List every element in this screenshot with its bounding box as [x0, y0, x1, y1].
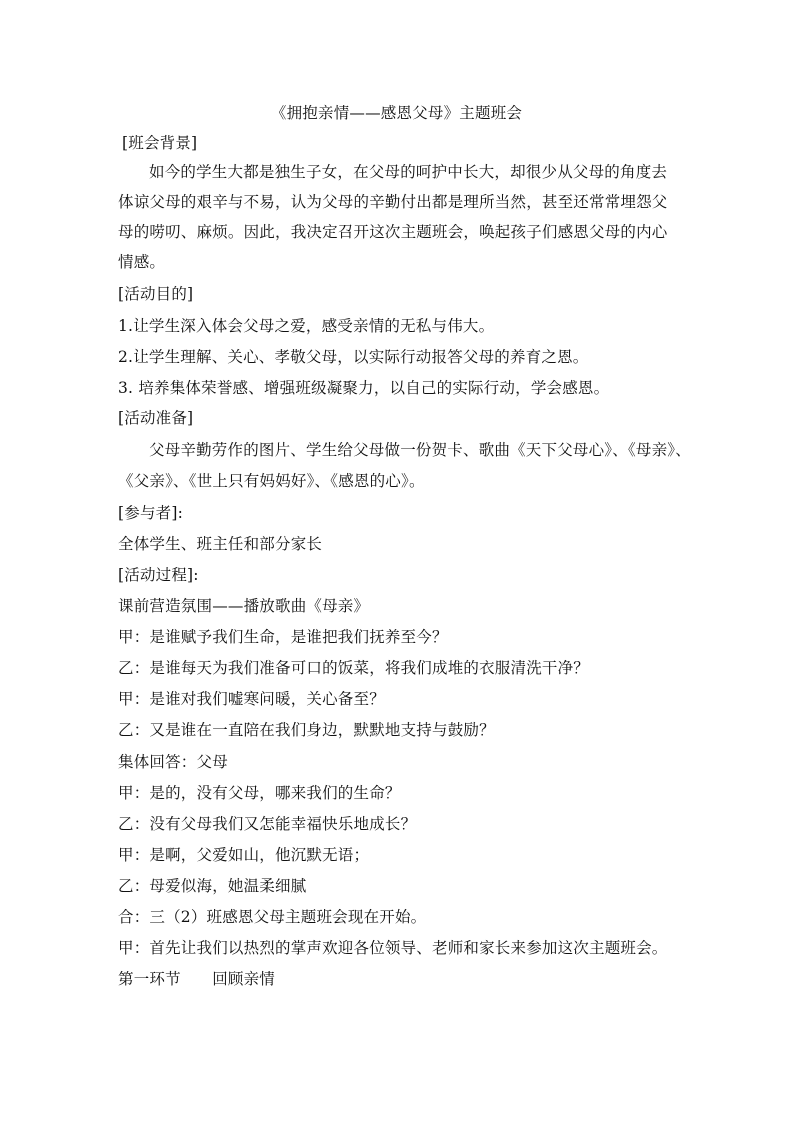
paragraph-line: 父母辛勤劳作的图片、学生给父母做一份贺卡、歌曲《天下父母心》、《母亲》、 [149, 440, 691, 460]
participants-text: 全体学生、班主任和部分家长 [118, 534, 322, 554]
paragraph-line: 母的唠叨、麻烦。因此，我决定召开这次主题班会，唤起孩子们感恩父母的内心 [118, 222, 668, 242]
paragraph-line: 体谅父母的艰辛与不易，认为父母的辛勤付出都是理所当然，甚至还常常埋怨父 [118, 192, 668, 212]
dialogue-line: 乙：母爱似海，她温柔细腻 [118, 876, 306, 896]
paragraph-line: 如今的学生大都是独生子女，在父母的呵护中长大，却很少从父母的角度去 [149, 162, 667, 182]
dialogue-line: 集体回答：父母 [118, 752, 228, 772]
section-subheading: 第一环节 回顾亲情 [118, 969, 275, 989]
goal-item: 3. 培养集体荣誉感、增强班级凝聚力，以自己的实际行动，学会感恩。 [118, 378, 609, 398]
paragraph-line: 情感。 [118, 252, 165, 272]
document-title: 《拥抱亲情——感恩父母》主题班会 [0, 103, 793, 123]
document-page: 《拥抱亲情——感恩父母》主题班会 [班会背景] 如今的学生大都是独生子女，在父母… [0, 0, 793, 1122]
goal-item: 1.让学生深入体会父母之爱，感受亲情的无私与伟大。 [118, 316, 494, 336]
dialogue-line: 乙：又是谁在一直陪在我们身边，默默地支持与鼓励？ [118, 720, 495, 740]
dialogue-line: 甲：是的，没有父母，哪来我们的生命？ [118, 783, 401, 803]
dialogue-line: 乙：没有父母我们又怎能幸福快乐地成长？ [118, 814, 416, 834]
dialogue-line: 甲：是谁对我们嘘寒问暖，关心备至？ [118, 689, 385, 709]
dialogue-line: 甲：是谁赋予我们生命，是谁把我们抚养至今？ [118, 627, 448, 647]
section-heading-background: [班会背景] [122, 133, 197, 153]
section-heading-prep: [活动准备] [118, 408, 193, 428]
section-heading-process: [活动过程]: [118, 565, 199, 585]
section-heading-participants: [参与者]: [118, 503, 183, 523]
dialogue-line: 合：三（2）班感恩父母主题班会现在开始。 [118, 907, 426, 927]
section-heading-goals: [活动目的] [118, 284, 193, 304]
dialogue-line: 甲：首先让我们以热烈的掌声欢迎各位领导、老师和家长来参加这次主题班会。 [118, 938, 668, 958]
paragraph-line: 《父亲》、《世上只有妈妈好》、《感恩的心》。 [118, 471, 425, 491]
process-line: 课前营造氛围——播放歌曲《母亲》 [118, 596, 369, 616]
dialogue-line: 甲：是啊，父爱如山，他沉默无语； [118, 845, 369, 865]
dialogue-line: 乙：是谁每天为我们准备可口的饭菜，将我们成堆的衣服清洗干净？ [118, 658, 589, 678]
goal-item: 2.让学生理解、关心、孝敬父母，以实际行动报答父母的养育之恩。 [118, 347, 589, 367]
